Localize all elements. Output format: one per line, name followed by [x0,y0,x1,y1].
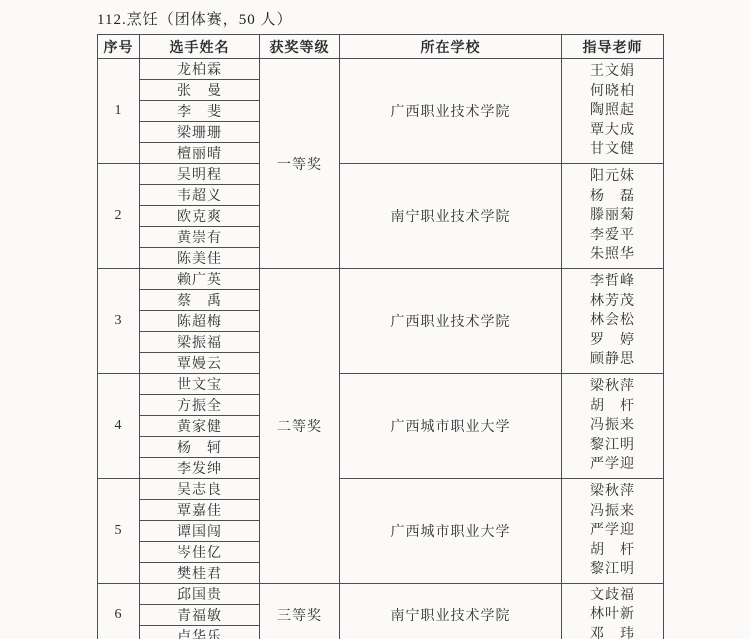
serial-cell: 1 [98,59,140,164]
teacher-name: 何晓柏 [562,82,663,102]
header-row: 序号 选手姓名 获奖等级 所在学校 指导老师 [98,35,664,59]
teacher-list-cell: 梁秋萍 胡 杆 冯振来 黎江明 严学迎 [562,374,664,479]
student-name-cell: 吴明程 [140,164,260,185]
student-name-cell: 韦超义 [140,185,260,206]
teacher-name: 阳元妹 [562,167,663,187]
teacher-name: 顾静思 [562,350,663,370]
teacher-name: 黎江明 [562,560,663,580]
teacher-name: 黎江明 [562,436,663,456]
student-name-cell: 吴志良 [140,479,260,500]
student-name-cell: 卢华乐 [140,626,260,639]
serial-cell: 4 [98,374,140,479]
student-name-cell: 张 曼 [140,80,260,101]
teacher-name: 冯振来 [562,416,663,436]
award-cell: 二等奖 [260,269,340,584]
teacher-name: 文歧福 [562,586,663,606]
school-cell: 南宁职业技术学院 [340,164,562,269]
teacher-name: 陶照起 [562,101,663,121]
award-cell: 三等奖 [260,584,340,639]
student-name-cell: 梁珊珊 [140,122,260,143]
student-name-cell: 黄崇有 [140,227,260,248]
student-name-cell: 陈美佳 [140,248,260,269]
teacher-list-cell: 阳元妹 杨 磊 滕丽菊 李爱平 朱照华 [562,164,664,269]
student-name-cell: 蔡 禹 [140,290,260,311]
page-title: 112.烹饪（团体赛，50 人） [97,8,750,29]
teacher-name: 严学迎 [562,455,663,475]
student-name-cell: 檀丽晴 [140,143,260,164]
teacher-name: 李哲峰 [562,272,663,292]
teacher-name: 李爱平 [562,226,663,246]
serial-cell: 2 [98,164,140,269]
teacher-list-cell: 李哲峰 林芳茂 林会松 罗 婷 顾静思 [562,269,664,374]
header-student: 选手姓名 [140,35,260,59]
serial-cell: 6 [98,584,140,639]
teacher-name: 梁秋萍 [562,482,663,502]
teacher-name: 朱照华 [562,245,663,265]
teacher-name: 冯振来 [562,502,663,522]
school-cell: 广西职业技术学院 [340,59,562,164]
student-name-cell: 世文宝 [140,374,260,395]
teacher-name: 杨 磊 [562,187,663,207]
teacher-name: 滕丽菊 [562,206,663,226]
teacher-name: 严学迎 [562,521,663,541]
student-name-cell: 龙柏霖 [140,59,260,80]
teacher-name: 邓 玮 [562,625,663,639]
document-page: 112.烹饪（团体赛，50 人） 序号 选手姓名 获奖等级 所在学校 指导老师 … [0,0,750,639]
student-name-cell: 梁振福 [140,332,260,353]
serial-cell: 3 [98,269,140,374]
student-name-cell: 覃嘉佳 [140,500,260,521]
teacher-name: 林会松 [562,311,663,331]
student-name-cell: 杨 轲 [140,437,260,458]
school-cell: 南宁职业技术学院 [340,584,562,639]
teacher-name: 林叶新 [562,605,663,625]
serial-cell: 5 [98,479,140,584]
header-award: 获奖等级 [260,35,340,59]
award-cell: 一等奖 [260,59,340,269]
teacher-name: 林芳茂 [562,292,663,312]
student-name-cell: 邱国贵 [140,584,260,605]
table-row: 5 吴志良 广西城市职业大学 梁秋萍 冯振来 严学迎 胡 杆 黎江明 [98,479,664,500]
table-row: 3 赖广英 二等奖 广西职业技术学院 李哲峰 林芳茂 林会松 罗 婷 顾静思 [98,269,664,290]
table-row: 4 世文宝 广西城市职业大学 梁秋萍 胡 杆 冯振来 黎江明 严学迎 [98,374,664,395]
student-name-cell: 陈超梅 [140,311,260,332]
teacher-list-cell: 梁秋萍 冯振来 严学迎 胡 杆 黎江明 [562,479,664,584]
teacher-list-cell: 文歧福 林叶新 邓 玮 [562,584,664,639]
student-name-cell: 岑佳亿 [140,542,260,563]
school-cell: 广西城市职业大学 [340,479,562,584]
teacher-name: 胡 杆 [562,541,663,561]
teacher-name: 梁秋萍 [562,377,663,397]
teacher-name: 甘文健 [562,140,663,160]
student-name-cell: 覃嫚云 [140,353,260,374]
teacher-name: 胡 杆 [562,397,663,417]
student-name-cell: 方振全 [140,395,260,416]
table-row: 6 邱国贵 三等奖 南宁职业技术学院 文歧福 林叶新 邓 玮 [98,584,664,605]
student-name-cell: 谭国闯 [140,521,260,542]
results-table: 序号 选手姓名 获奖等级 所在学校 指导老师 1 龙柏霖 一等奖 广西职业技术学… [97,34,664,639]
school-cell: 广西城市职业大学 [340,374,562,479]
teacher-list-cell: 王文娟 何晓柏 陶照起 覃大成 甘文健 [562,59,664,164]
teacher-name: 王文娟 [562,62,663,82]
student-name-cell: 李发绅 [140,458,260,479]
header-school: 所在学校 [340,35,562,59]
student-name-cell: 赖广英 [140,269,260,290]
student-name-cell: 李 斐 [140,101,260,122]
table-row: 2 吴明程 南宁职业技术学院 阳元妹 杨 磊 滕丽菊 李爱平 朱照华 [98,164,664,185]
table-row: 1 龙柏霖 一等奖 广西职业技术学院 王文娟 何晓柏 陶照起 覃大成 甘文健 [98,59,664,80]
student-name-cell: 青福敏 [140,605,260,626]
school-cell: 广西职业技术学院 [340,269,562,374]
teacher-name: 罗 婷 [562,331,663,351]
student-name-cell: 欧克爽 [140,206,260,227]
header-no: 序号 [98,35,140,59]
header-teacher: 指导老师 [562,35,664,59]
student-name-cell: 樊桂君 [140,563,260,584]
teacher-name: 覃大成 [562,121,663,141]
student-name-cell: 黄家健 [140,416,260,437]
